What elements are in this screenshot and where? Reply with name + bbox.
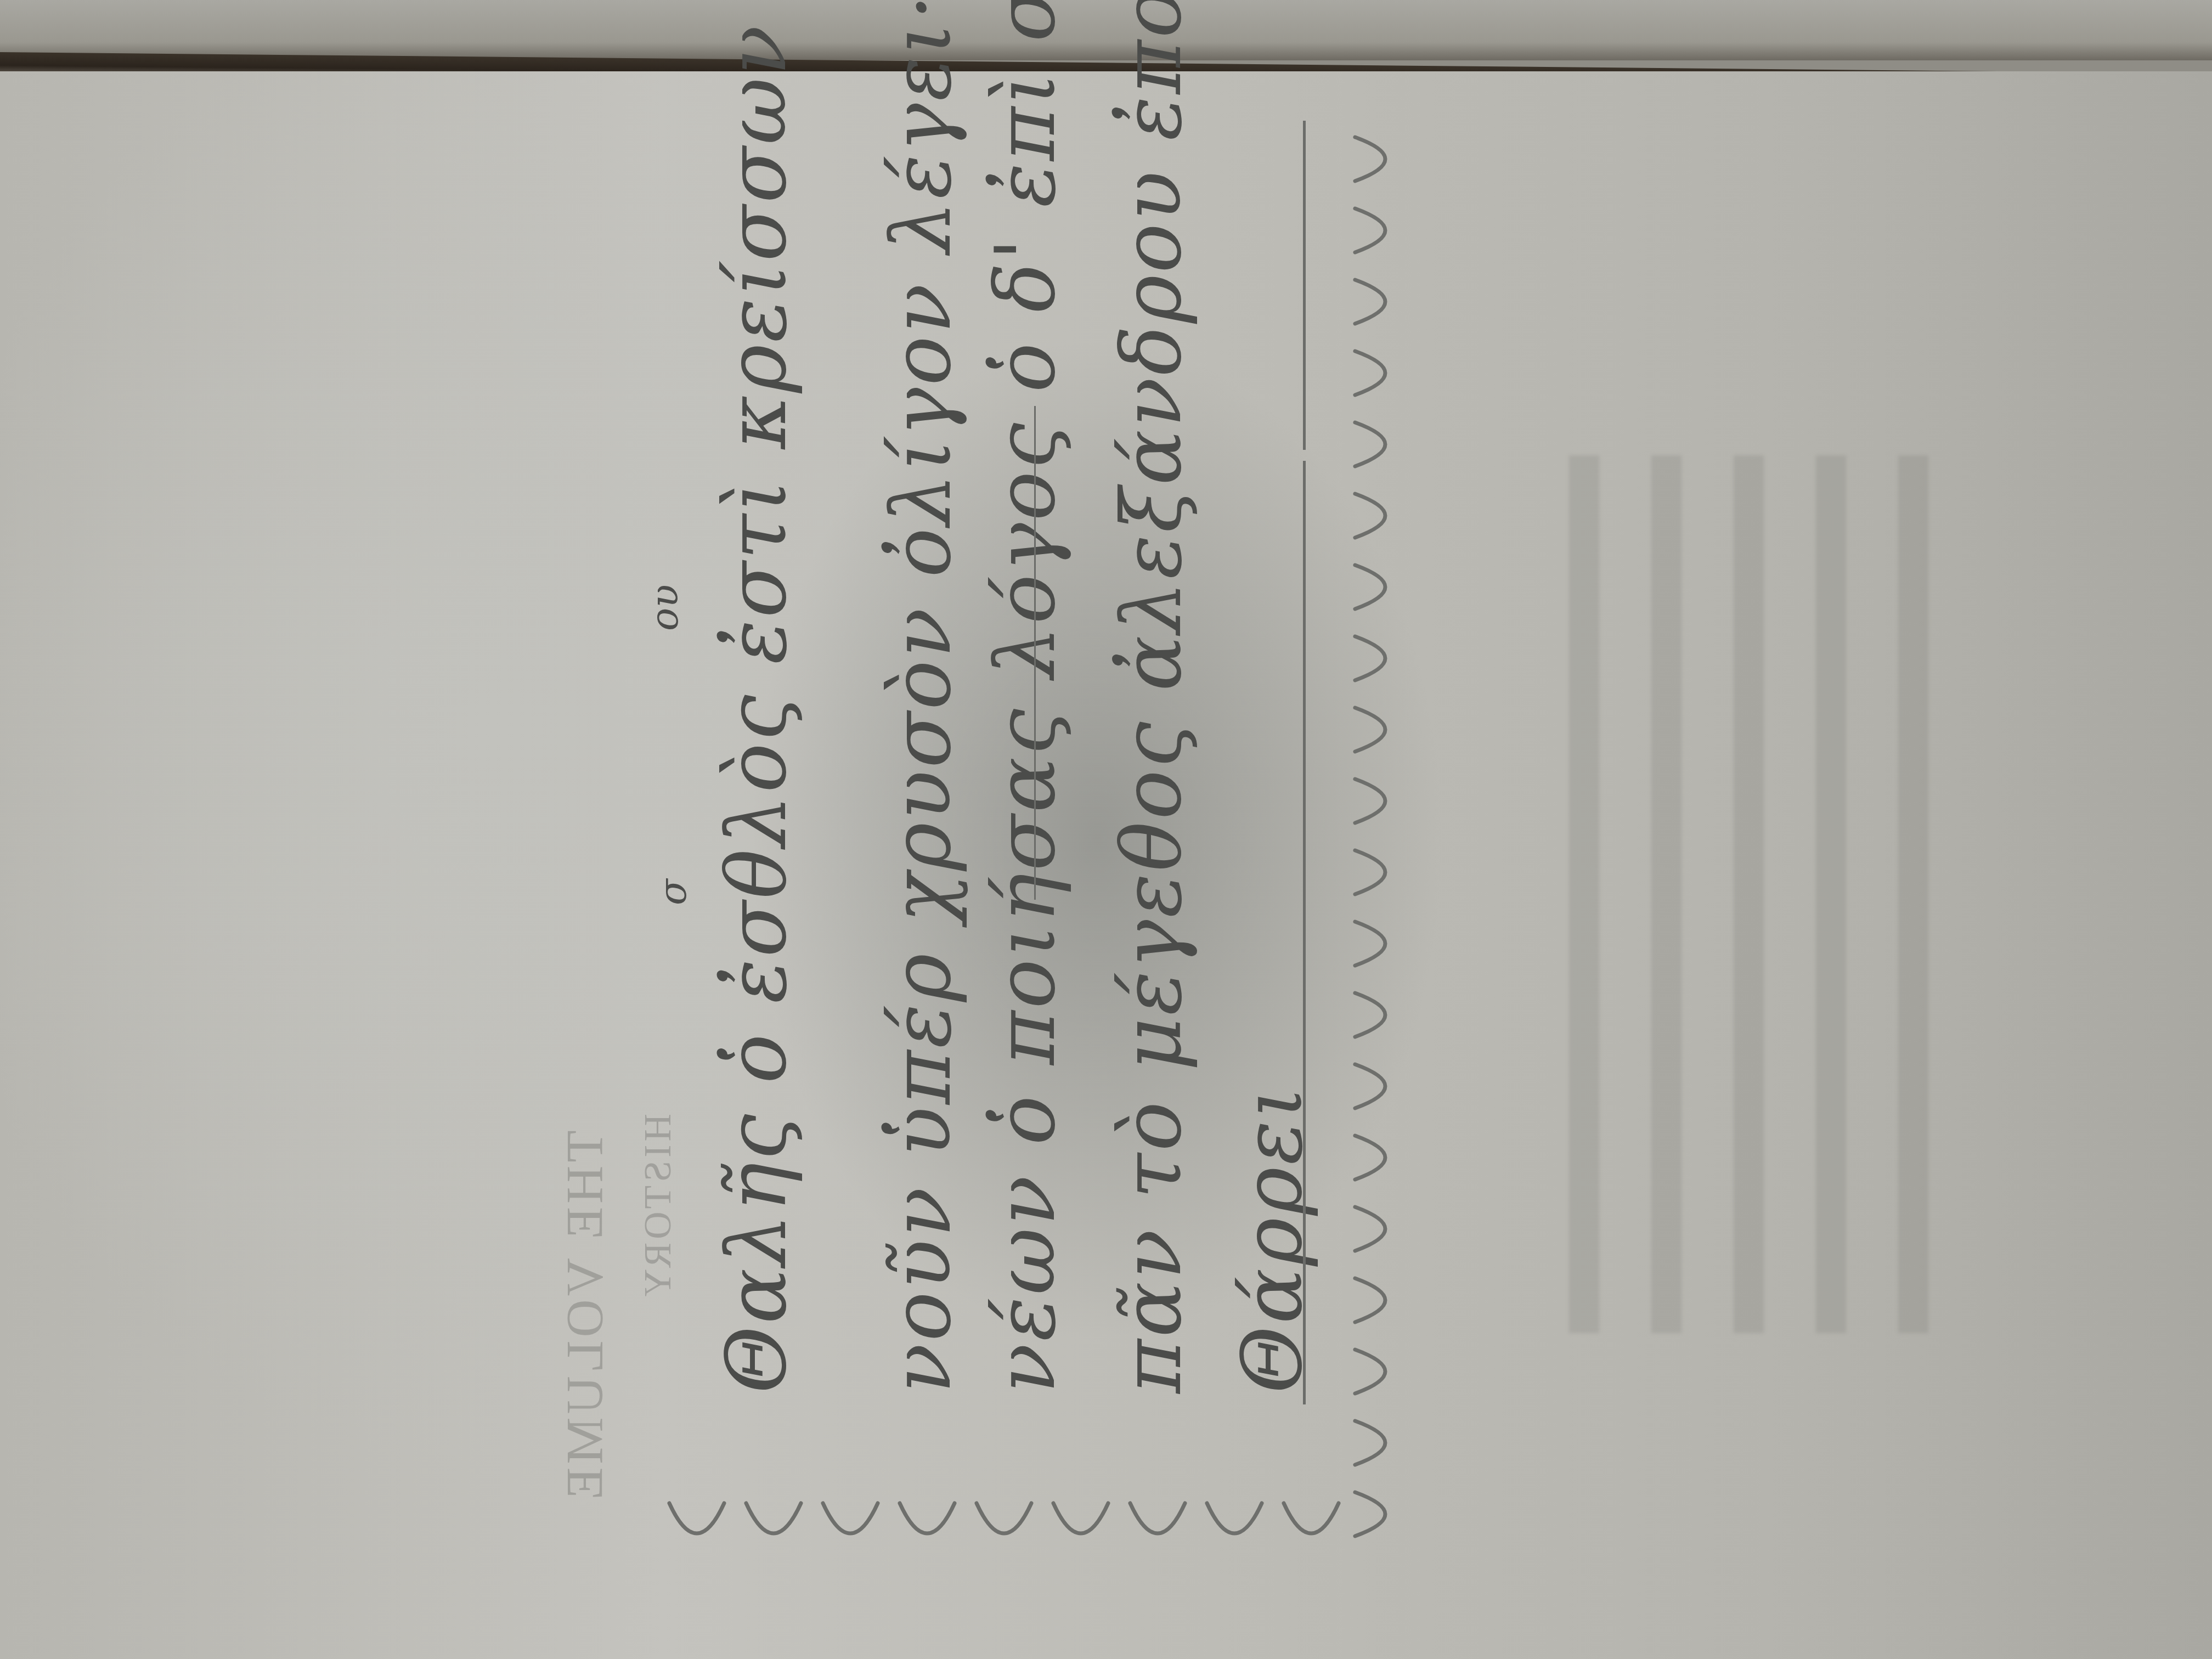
scalloped-border-left-icon bbox=[636, 1492, 1350, 1569]
underline-rule bbox=[1034, 406, 1036, 900]
inscription-line-3: νέων ὁ ποιήσας λόγος ὁ δ' ἐπὶ σέμνοις ἀγ… bbox=[971, 0, 1081, 1393]
bleed-through-subtitle: HISTORY bbox=[636, 1114, 680, 1300]
closing-rule-left bbox=[1303, 461, 1306, 1404]
superscript-mark: σ bbox=[650, 879, 695, 905]
inscription-line-1: Θαλῆς ὁ ἐσθλὸς ἐστὶ κρείσσων ἢ ἄριστος bbox=[702, 0, 812, 1393]
handwritten-inscription: σ ου Θαλῆς ὁ ἐσθλὸς ἐστὶ κρείσσων ἢ ἄρισ… bbox=[702, 88, 1415, 1492]
inscription-line-2: νοῦν ὑπέρ χρυσὸν ὀλίγον λέγει· σοφὸς ἁπλ… bbox=[867, 0, 977, 1393]
bleed-through-text-block bbox=[1569, 455, 1953, 1333]
scalloped-border-icon bbox=[1344, 110, 1421, 1558]
closing-rule-right bbox=[1303, 121, 1306, 450]
superscript-mark: ου bbox=[642, 584, 687, 631]
bleed-through-title: THE VOLUME bbox=[554, 1130, 615, 1503]
inscription-line-5: Θάρρει bbox=[1218, 1084, 1328, 1393]
inscription-line-4: πᾶν τὸ μέγεθος ἀλεξάνδρου ἐπογένωσιν bbox=[1097, 0, 1207, 1393]
